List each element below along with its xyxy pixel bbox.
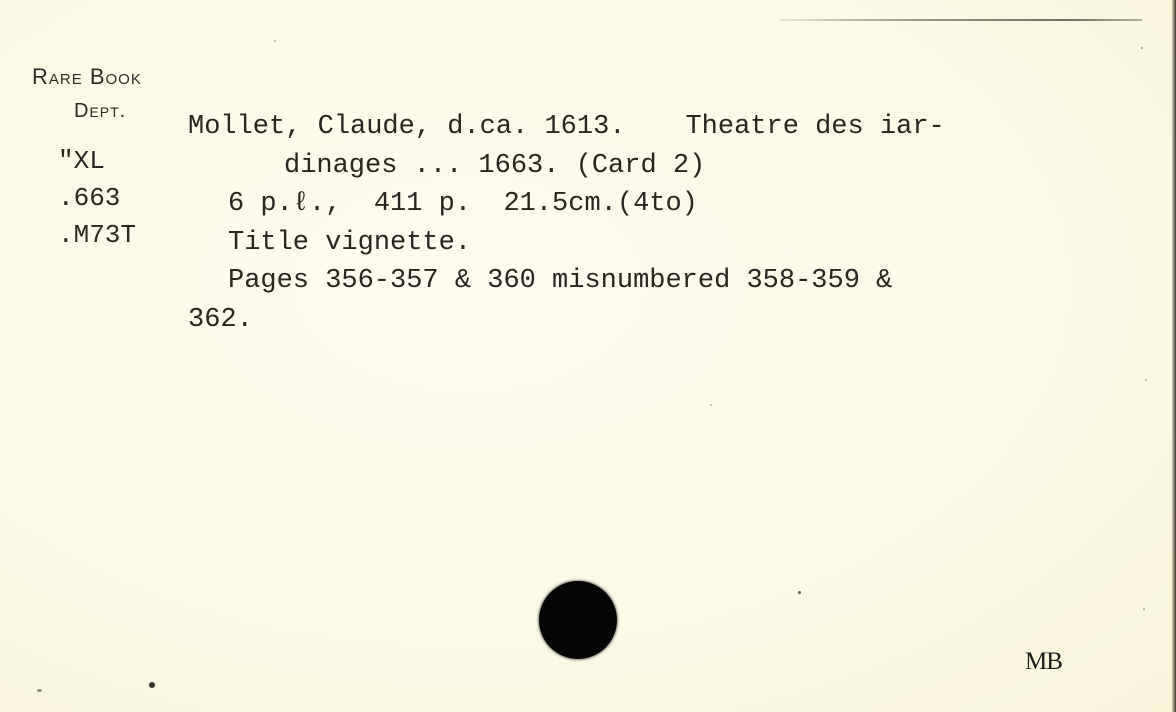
collation: 6 p.ℓ., 411 p. 21.5cm.(4to) — [188, 185, 945, 224]
catalog-entry: Mollet, Claude, d.ca. 1613.Theatre des i… — [188, 108, 945, 339]
ink-speck — [1141, 47, 1143, 49]
cataloger-initials: MB — [1025, 648, 1062, 676]
note-line: Pages 356-357 & 360 misnumbered 358-359 … — [188, 262, 945, 301]
ink-speck — [37, 689, 42, 692]
department-stamp-line1: Rare Book — [32, 64, 142, 90]
call-number-line: .663 — [58, 180, 136, 217]
department-stamp-line2: Dept. — [74, 100, 126, 123]
heading-line: Mollet, Claude, d.ca. 1613.Theatre des i… — [188, 108, 945, 147]
punch-hole — [539, 581, 617, 659]
ink-speck — [274, 40, 276, 42]
ink-speck — [1143, 608, 1145, 610]
ink-speck — [1145, 379, 1147, 381]
note-line: Title vignette. — [188, 224, 945, 263]
call-number: "XL .663 .M73T — [58, 143, 136, 254]
note-continued: 362. — [188, 301, 945, 340]
author-heading: Mollet, Claude, d.ca. 1613. — [188, 112, 625, 142]
title-start: Theatre des iar- — [685, 112, 944, 142]
call-number-line: "XL — [58, 143, 136, 180]
catalog-card: Rare Book Dept. "XL .663 .M73T Mollet, C… — [0, 0, 1176, 712]
title-continued: dinages ... 1663. (Card 2) — [188, 147, 945, 186]
call-number-line: .M73T — [58, 217, 136, 254]
ink-speck — [149, 682, 155, 688]
ink-speck — [710, 404, 712, 406]
top-rule-line — [780, 19, 1142, 21]
card-edge — [1172, 0, 1176, 712]
ink-speck — [798, 591, 801, 594]
